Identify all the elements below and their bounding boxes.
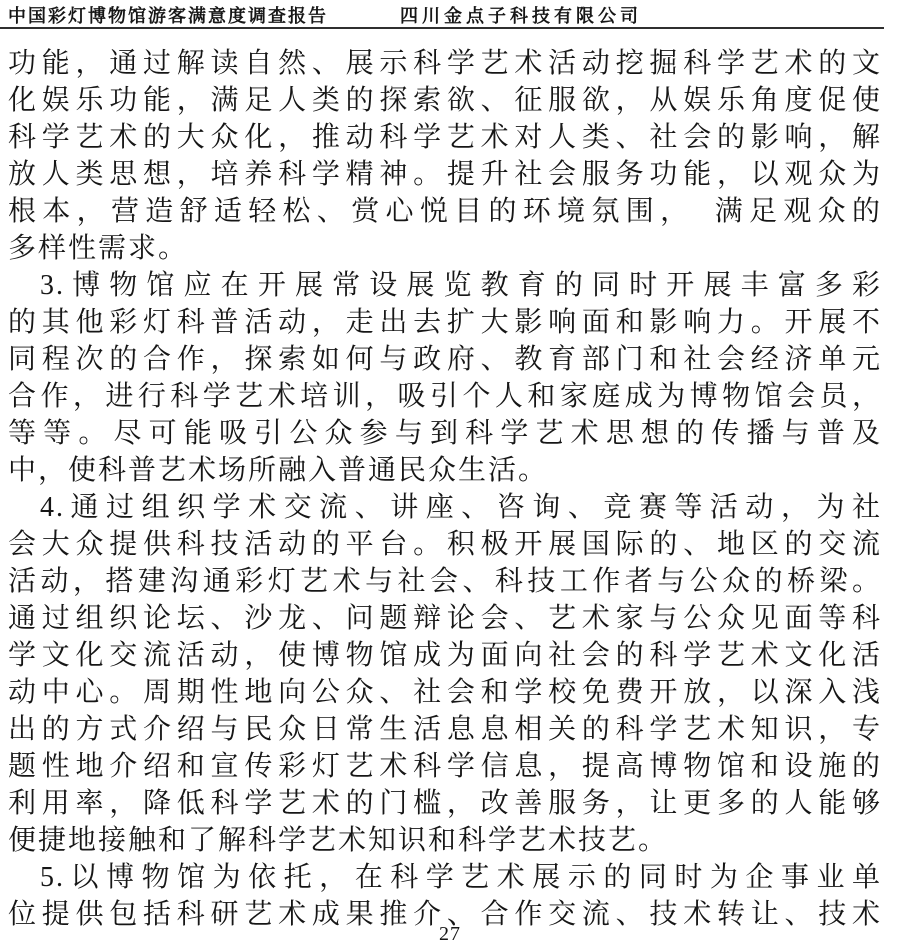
header-divider bbox=[0, 27, 884, 29]
text-line: 根本，营造舒适轻松、赏心悦目的环境氛围， 满足观众的 bbox=[8, 193, 882, 230]
text-line: 合作，进行科学艺术培训，吸引个人和家庭成为博物馆会员， bbox=[8, 378, 882, 415]
text-line: 活动，搭建沟通彩灯艺术与社会、科技工作者与公众的桥梁。 bbox=[8, 563, 882, 600]
text-line: 题性地介绍和宣传彩灯艺术科学信息，提高博物馆和设施的 bbox=[8, 748, 882, 785]
text-line: 5.以博物馆为依托，在科学艺术展示的同时为企事业单 bbox=[8, 859, 882, 896]
text-line: 出的方式介绍与民众日常生活息息相关的科学艺术知识，专 bbox=[8, 711, 882, 748]
text-line: 多样性需求。 bbox=[8, 230, 882, 267]
header-company-name: 四川金点子科技有限公司 bbox=[400, 4, 642, 28]
text-line: 3.博物馆应在开展常设展览教育的同时开展丰富多彩 bbox=[8, 267, 882, 304]
text-line: 同程次的合作，探索如何与政府、教育部门和社会经济单元 bbox=[8, 341, 882, 378]
text-line: 便捷地接触和了解科学艺术知识和科学艺术技艺。 bbox=[8, 822, 882, 859]
text-line: 等等。尽可能吸引公众参与到科学艺术思想的传播与普及 bbox=[8, 415, 882, 452]
page-footer: 27 bbox=[0, 922, 900, 946]
text-line: 学文化交流活动，使博物馆成为面向社会的科学艺术文化活 bbox=[8, 637, 882, 674]
text-line: 动中心。周期性地向公众、社会和学校免费开放，以深入浅 bbox=[8, 674, 882, 711]
paragraph: 4.通过组织学术交流、讲座、咨询、竞赛等活动，为社会大众提供科技活动的平台。积极… bbox=[8, 489, 882, 859]
text-line: 化娱乐功能，满足人类的探索欲、征服欲，从娱乐角度促使 bbox=[8, 82, 882, 119]
page-number: 27 bbox=[439, 923, 461, 945]
text-line: 4.通过组织学术交流、讲座、咨询、竞赛等活动，为社 bbox=[8, 489, 882, 526]
text-line: 放人类思想，培养科学精神。提升社会服务功能，以观众为 bbox=[8, 156, 882, 193]
paragraph: 3.博物馆应在开展常设展览教育的同时开展丰富多彩的其他彩灯科普活动，走出去扩大影… bbox=[8, 267, 882, 489]
document-page: 中国彩灯博物馆游客满意度调查报告 四川金点子科技有限公司 功能，通过解读自然、展… bbox=[0, 0, 900, 948]
paragraph: 功能，通过解读自然、展示科学艺术活动挖掘科学艺术的文化娱乐功能，满足人类的探索欲… bbox=[8, 45, 882, 267]
text-line: 功能，通过解读自然、展示科学艺术活动挖掘科学艺术的文 bbox=[8, 45, 882, 82]
text-line: 通过组织论坛、沙龙、问题辩论会、艺术家与公众见面等科 bbox=[8, 600, 882, 637]
header-report-title: 中国彩灯博物馆游客满意度调查报告 bbox=[8, 4, 328, 28]
text-line: 中，使科普艺术场所融入普通民众生活。 bbox=[8, 452, 882, 489]
text-line: 利用率，降低科学艺术的门槛，改善服务，让更多的人能够 bbox=[8, 785, 882, 822]
page-header: 中国彩灯博物馆游客满意度调查报告 四川金点子科技有限公司 bbox=[0, 4, 900, 28]
text-line: 会大众提供科技活动的平台。积极开展国际的、地区的交流 bbox=[8, 526, 882, 563]
document-body: 功能，通过解读自然、展示科学艺术活动挖掘科学艺术的文化娱乐功能，满足人类的探索欲… bbox=[8, 45, 882, 933]
text-line: 科学艺术的大众化，推动科学艺术对人类、社会的影响，解 bbox=[8, 119, 882, 156]
text-line: 的其他彩灯科普活动，走出去扩大影响面和影响力。开展不 bbox=[8, 304, 882, 341]
